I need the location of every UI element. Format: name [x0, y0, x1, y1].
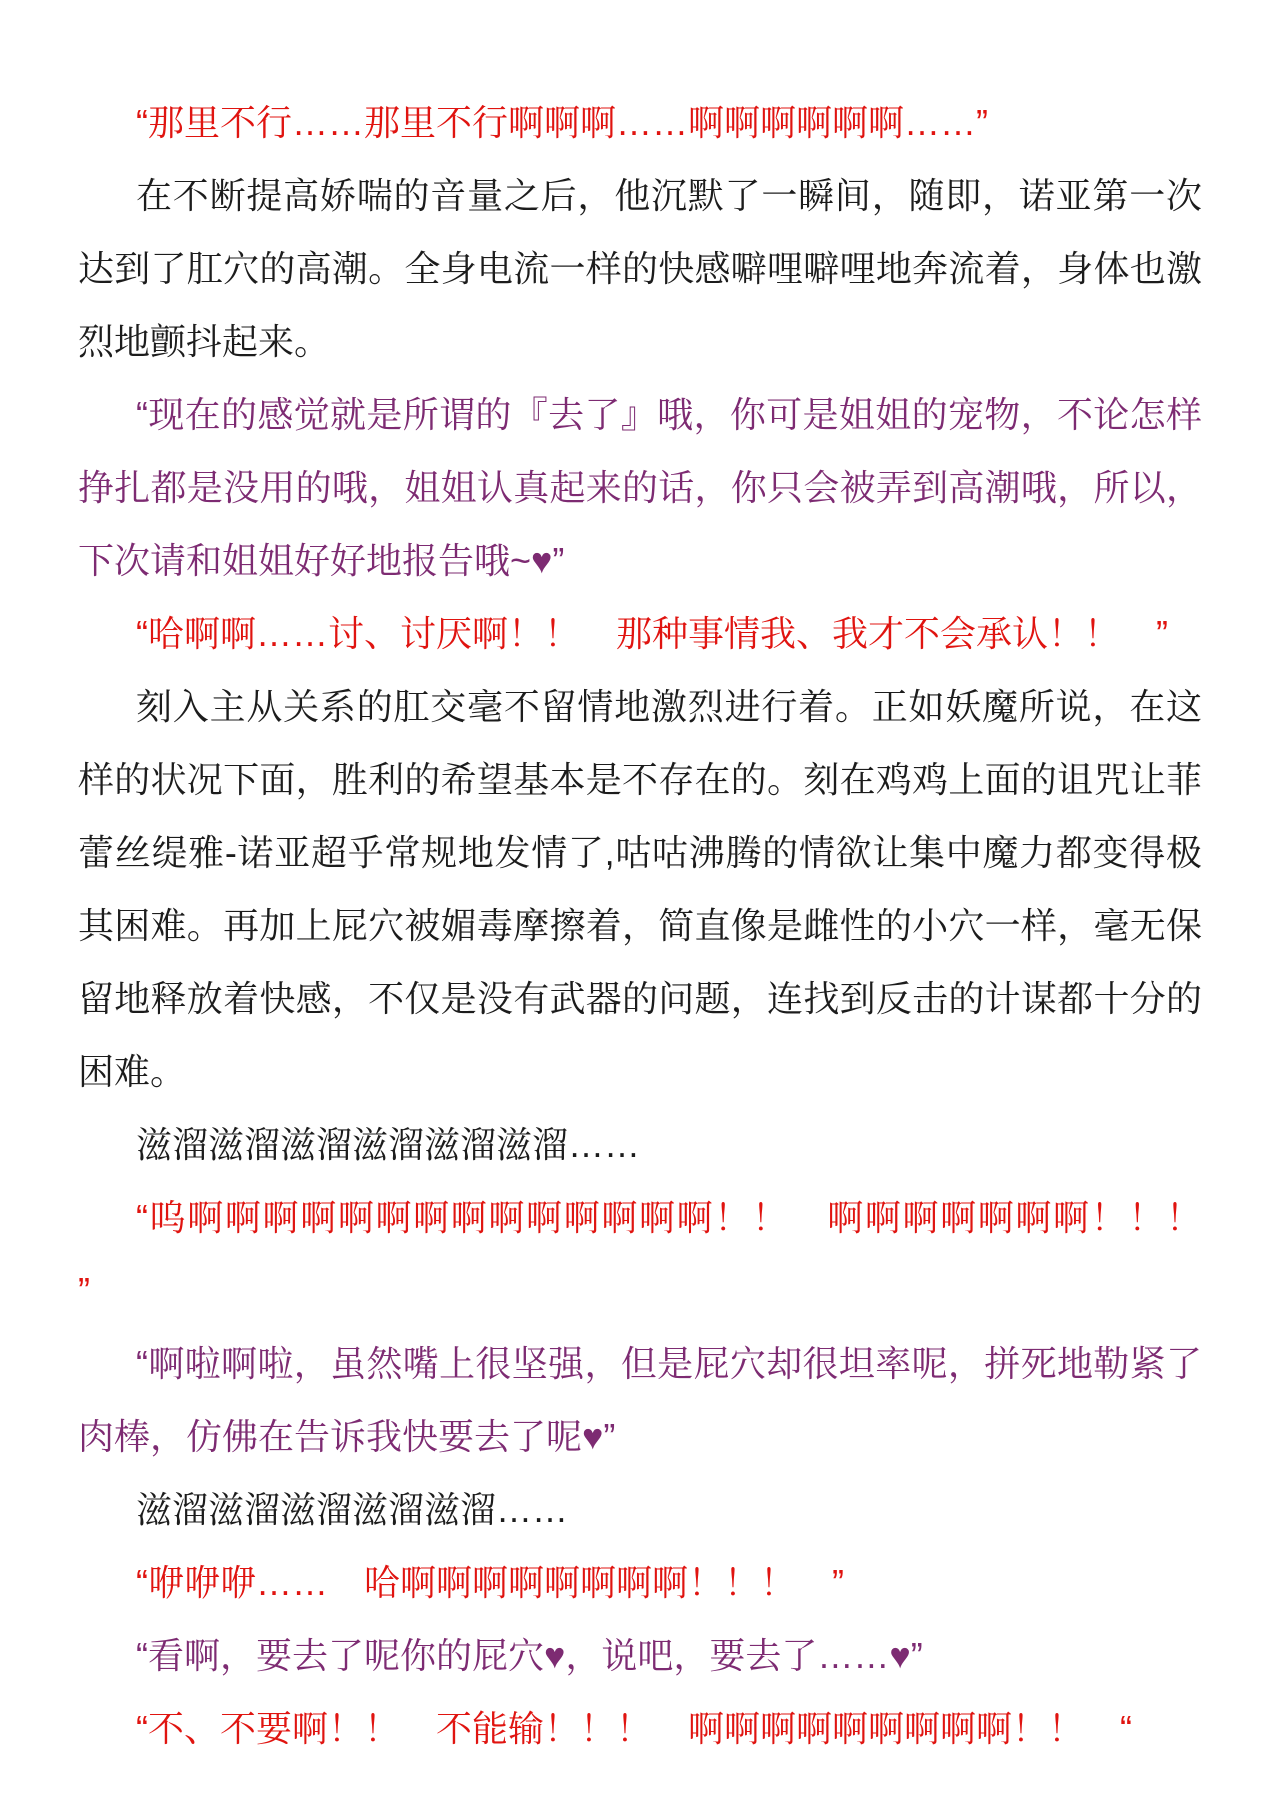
- paragraph-dialogue: “看啊，要去了呢你的屁穴♥，说吧，要去了……♥”: [78, 1619, 1202, 1692]
- document-page: “那里不行……那里不行啊啊啊……啊啊啊啊啊啊……”在不断提高娇喘的音量之后，他沉…: [0, 0, 1280, 1809]
- paragraph-dialogue: “呜啊啊啊啊啊啊啊啊啊啊啊啊啊啊！！ 啊啊啊啊啊啊啊！！！ ”: [78, 1181, 1202, 1327]
- paragraph-narration: 刻入主从关系的肛交毫不留情地激烈进行着。正如妖魔所说，在这样的状况下面，胜利的希…: [78, 670, 1202, 1108]
- paragraph-narration: 滋溜滋溜滋溜滋溜滋溜滋溜……: [78, 1108, 1202, 1181]
- paragraph-dialogue: “那里不行……那里不行啊啊啊……啊啊啊啊啊啊……”: [78, 86, 1202, 159]
- paragraph-dialogue: “啊啦啊啦，虽然嘴上很坚强，但是屁穴却很坦率呢，拼死地勒紧了肉棒，仿佛在告诉我快…: [78, 1327, 1202, 1473]
- paragraph-dialogue: “现在的感觉就是所谓的『去了』哦，你可是姐姐的宠物，不论怎样挣扎都是没用的哦，姐…: [78, 378, 1202, 597]
- paragraph-narration: 在不断提高娇喘的音量之后，他沉默了一瞬间，随即，诺亚第一次达到了肛穴的高潮。全身…: [78, 159, 1202, 378]
- paragraph-narration: 滋溜滋溜滋溜滋溜滋溜……: [78, 1473, 1202, 1546]
- paragraph-dialogue: “哈啊啊……讨、讨厌啊！！ 那种事情我、我才不会承认！！ ”: [78, 597, 1202, 670]
- paragraph-dialogue: “咿咿咿…… 哈啊啊啊啊啊啊啊啊！！！ ”: [78, 1546, 1202, 1619]
- paragraph-dialogue: “不、不要啊！！ 不能输！！！ 啊啊啊啊啊啊啊啊啊！！ “: [78, 1692, 1202, 1765]
- text-content: “那里不行……那里不行啊啊啊……啊啊啊啊啊啊……”在不断提高娇喘的音量之后，他沉…: [78, 86, 1202, 1765]
